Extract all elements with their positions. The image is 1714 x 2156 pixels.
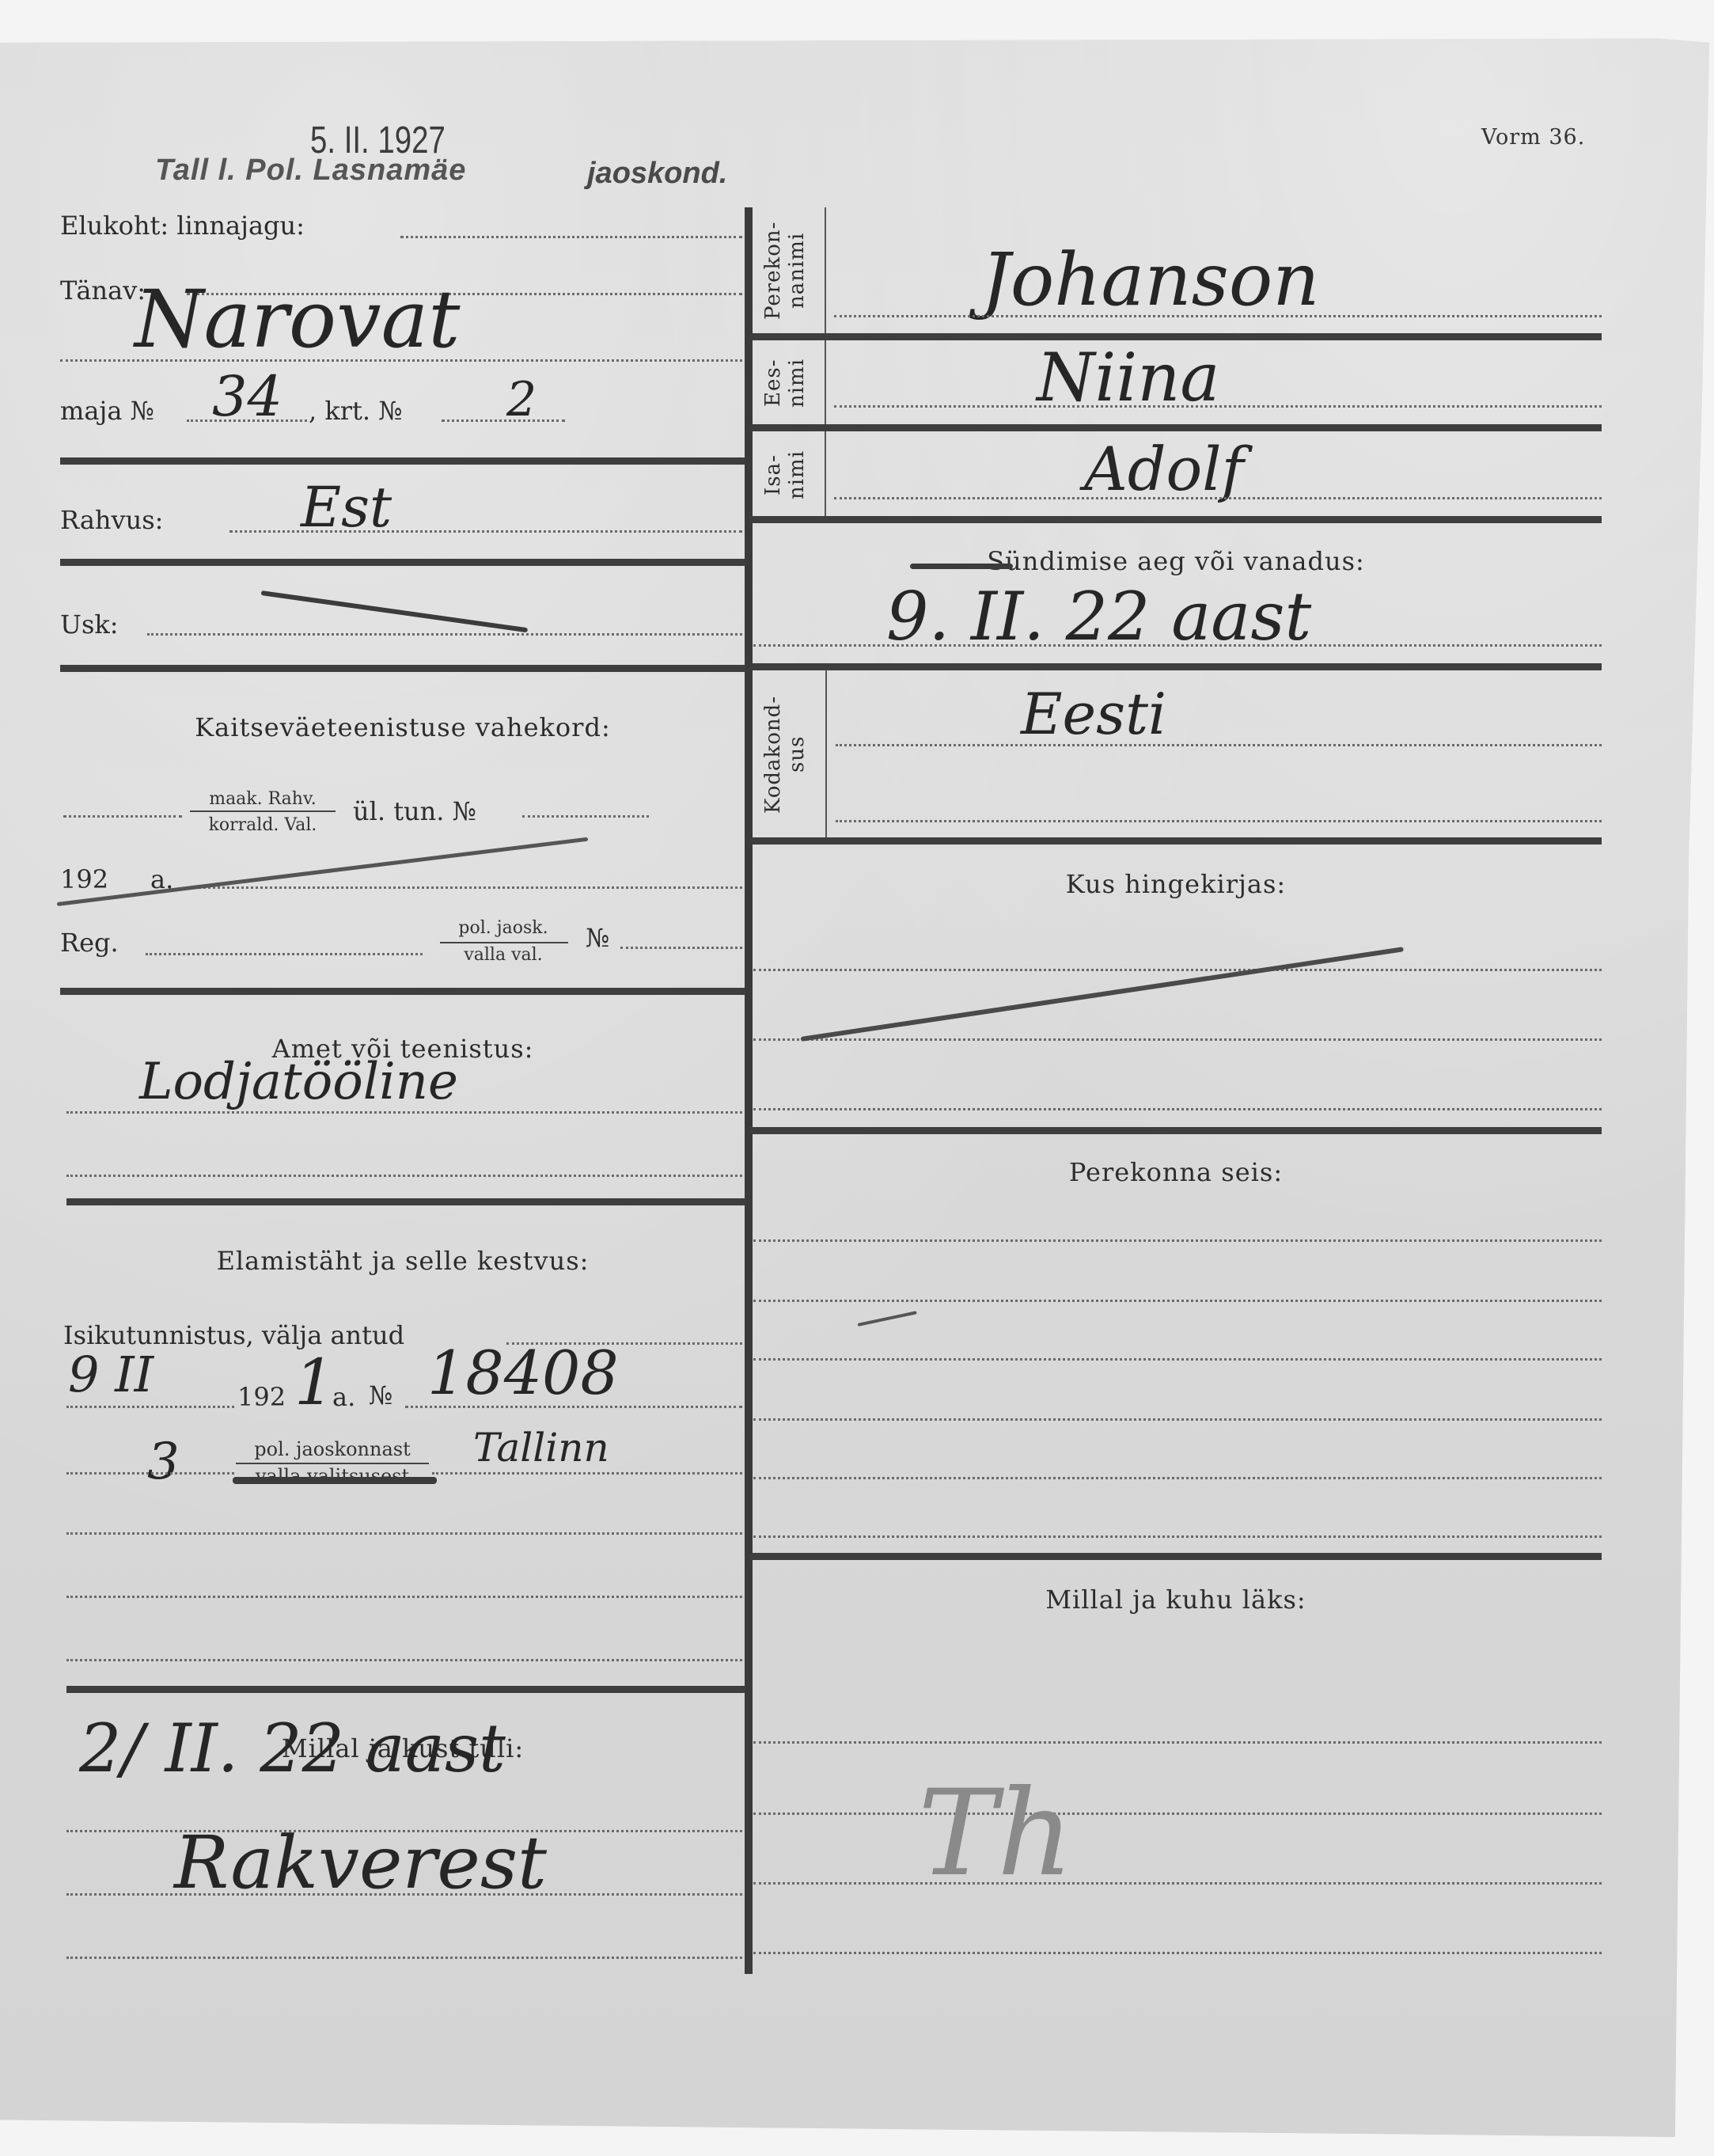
reg-number-field[interactable] [620,947,742,949]
section-rule [66,1686,745,1693]
military-year-label: 192 [60,864,108,894]
column-divider [745,207,753,1974]
citizenship-label-line2: sus [785,736,809,772]
citizenship-label: Kodakond- sus [761,673,809,836]
street-value: Narovat [135,273,460,366]
parish-register-line1[interactable] [753,969,1602,971]
section-rule [60,988,745,995]
apartment-field[interactable] [442,419,565,422]
apartment-label: , krt. № [309,396,403,426]
citizenship-value: Eesti [1021,681,1166,747]
patronymic-label-line1: Isa- [761,454,785,495]
military-frac-bottom: korrald. Val. [191,815,334,836]
birth-heading: Sündimise aeg või vanadus: [750,546,1602,576]
surname-label: Perekon- nanimi [761,209,809,332]
fraction-bar [236,1463,429,1464]
id-year-suffix: a. [332,1382,355,1412]
street-field-line2 [60,359,742,362]
section-rule [60,457,745,465]
row-rule [750,516,1602,523]
issuer-strike-stroke [233,1477,437,1484]
section-rule [60,665,745,672]
arrival-field-line2[interactable] [66,1893,742,1896]
id-number-label: № [369,1380,392,1410]
residence-permit-line3[interactable] [66,1659,742,1661]
label-strip-divider [825,207,826,519]
religion-field[interactable] [147,633,742,636]
stamp-office-suffix: jaoskond. [587,157,727,191]
row-rule [750,837,1602,845]
id-number-value: 18408 [427,1338,619,1408]
military-year-field[interactable] [190,886,742,889]
parish-register-line2[interactable] [753,1038,1602,1041]
departure-signature: Th [918,1765,1074,1903]
first-name-label: Ees- nimi [761,342,809,424]
fraction-bar [190,810,336,812]
parish-register-line3[interactable] [753,1108,1602,1110]
patronymic-label: Isa- nimi [761,434,809,516]
house-label: maja № [60,396,154,426]
family-status-heading: Perekonna seis: [750,1157,1602,1187]
id-year-prefix: 192 [237,1382,286,1412]
citizenship-field-line2[interactable] [836,820,1602,822]
nationality-value: Est [301,475,392,540]
family-status-line3[interactable] [753,1358,1602,1361]
first-name-label-line2: nimi [785,359,809,408]
birth-strike-stroke [910,564,1013,569]
id-issuer-top: pol. jaoskonnast [237,1439,427,1459]
id-date-field[interactable] [66,1406,234,1408]
military-field-a[interactable] [63,815,182,818]
occupation-value: Lodjatööline [139,1053,458,1111]
first-name-field[interactable] [834,405,1602,408]
id-issuer-field-a[interactable] [66,1472,234,1475]
occupation-field-line1[interactable] [66,1111,742,1114]
section-rule [60,559,745,566]
residence-permit-line1[interactable] [66,1532,742,1535]
surname-field[interactable] [834,315,1602,317]
military-heading: Kaitseväeteenistuse vahekord: [60,712,745,742]
patronymic-label-line2: nimi [785,450,809,499]
military-ul-tun-label: ül. tun. № [353,796,476,826]
departure-line3[interactable] [753,1882,1602,1885]
surname-label-line1: Perekon- [761,222,785,320]
row-rule [750,1553,1602,1560]
departure-line1[interactable] [753,1741,1602,1744]
departure-heading: Millal ja kuhu läks: [750,1585,1602,1615]
form-number: Vorm 36. [1481,125,1585,150]
row-rule [750,663,1602,670]
first-name-label-line1: Ees- [761,359,785,408]
house-value: 34 [212,364,283,429]
id-year-handwritten: 1 [294,1346,335,1419]
arrival-line1: 2/ II. 22 aast [79,1710,506,1787]
patronymic-value: Adolf [1084,434,1244,504]
departure-line2[interactable] [753,1812,1602,1815]
citizenship-label-line1: Kodakond- [761,695,785,813]
patronymic-field[interactable] [834,497,1602,499]
id-issuer-field-b[interactable] [432,1472,742,1475]
apartment-value: 2 [506,372,537,427]
stamp-office: Tall l. Pol. Lasnamäe [155,154,466,188]
residence-permit-heading: Elamistäht ja selle kestvus: [60,1246,745,1276]
military-frac-top: maak. Rahv. [191,789,334,810]
military-number-field[interactable] [522,815,649,818]
fraction-bar [440,942,568,943]
reg-number-label: № [586,923,609,953]
surname-label-line2: nanimi [785,233,809,309]
reg-label: Reg. [60,928,119,958]
row-rule [750,424,1602,431]
departure-line4[interactable] [753,1952,1602,1954]
residence-label: Elukoht: linnajagu: [60,211,305,241]
arrival-line2: Rakverest [174,1820,547,1905]
reg-frac-top: pol. jaosk. [440,918,567,939]
family-status-line4[interactable] [753,1418,1602,1421]
reg-frac-bottom: valla val. [440,945,567,966]
surname-value: Johanson [981,237,1319,322]
id-issuer-handwritten: Tallinn [473,1425,609,1471]
parish-register-heading: Kus hingekirjas: [750,869,1602,899]
street-label: Tänav: [60,275,146,306]
occupation-field-line2[interactable] [66,1175,742,1177]
birth-field[interactable] [753,644,1602,647]
reg-field[interactable] [146,953,423,955]
nationality-label: Rahvus: [60,505,163,535]
family-status-line5[interactable] [753,1477,1602,1479]
row-rule [750,1127,1602,1134]
family-status-line6[interactable] [753,1535,1602,1538]
citizenship-divider [825,670,827,839]
arrival-field-line3[interactable] [66,1957,742,1959]
id-date-handwritten: 9 II [68,1346,154,1403]
residence-field[interactable] [400,236,742,238]
residence-permit-line2[interactable] [66,1596,742,1598]
family-status-line2[interactable] [753,1300,1602,1302]
id-precinct-handwritten: 3 [147,1433,180,1491]
religion-label: Usk: [60,609,119,640]
citizenship-field-line1[interactable] [836,744,1602,746]
section-rule [66,1198,745,1205]
family-status-line1[interactable] [753,1239,1602,1242]
